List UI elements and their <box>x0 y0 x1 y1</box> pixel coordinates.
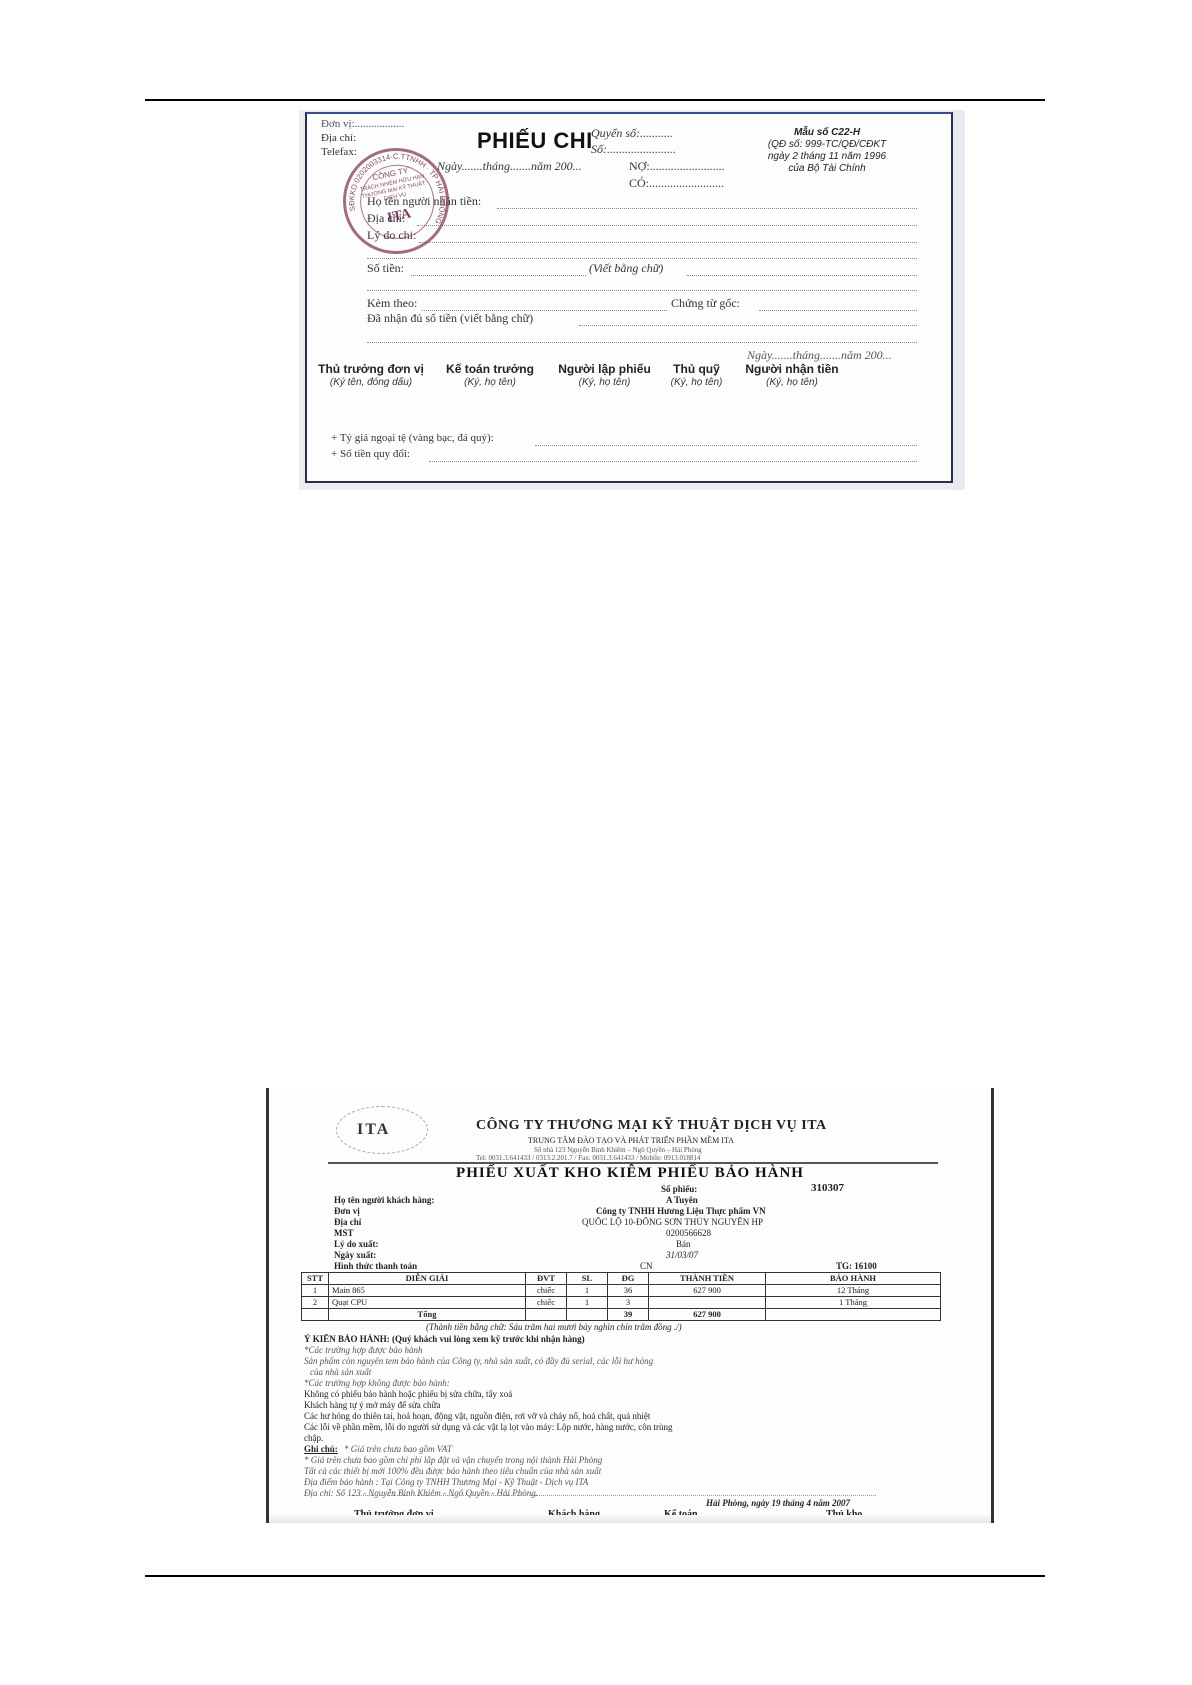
warranty-line: Sản phẩm còn nguyên tem bảo hành của Côn… <box>304 1356 653 1366</box>
received-words-line <box>579 325 917 326</box>
cell: 1 Tháng <box>766 1297 941 1309</box>
company-logo: ITA <box>336 1106 428 1154</box>
warranty-line: chập. <box>304 1433 323 1443</box>
amount-line <box>411 275 586 276</box>
cell <box>649 1297 766 1309</box>
signature-role: Thủ trưởng đơn vị <box>311 362 431 376</box>
form-code-date: ngày 2 tháng 11 năm 1996 <box>737 151 917 163</box>
header-rule <box>145 99 1045 101</box>
info-value: CN <box>640 1261 653 1271</box>
converted-amount-line <box>429 461 917 462</box>
voucher-title: PHIẾU CHI <box>477 128 593 154</box>
cell: Quạt CPU <box>329 1297 526 1309</box>
note-line: * Giá trên chưa bao gồm VAT <box>344 1444 452 1454</box>
total-qty: 39 <box>608 1309 649 1321</box>
footer-rule <box>145 1575 1045 1577</box>
signature-role: Kế toán trưởng <box>435 362 545 376</box>
cell: 1 <box>302 1285 329 1297</box>
exchange-rate-label: + Tỷ giá ngoại tệ (vàng bạc, đá quý): <box>331 432 494 444</box>
scan-edge <box>953 110 965 490</box>
exchange-rate-line <box>535 445 917 446</box>
signature-role: Thủ quỹ <box>659 362 734 376</box>
received-words-line-2 <box>367 342 917 343</box>
table-row: 2 Quạt CPU chiếc 1 3 1 Tháng <box>302 1297 941 1309</box>
cell: 1 <box>567 1297 608 1309</box>
cell <box>526 1309 567 1321</box>
company-address: Số nhà 123 Nguyễn Bỉnh Khiêm – Ngô Quyền… <box>534 1146 702 1154</box>
debit-label: NỢ:......................... <box>629 159 725 174</box>
table-row: 1 Main 865 chiếc 1 36 627 900 12 Tháng <box>302 1285 941 1297</box>
amount-label: Số tiền: <box>367 261 404 276</box>
col-header: BẢO HÀNH <box>766 1273 941 1285</box>
info-value: Công ty TNHH Hương Liệu Thực phẩm VN <box>596 1206 766 1216</box>
attached-label: Kèm theo: <box>367 296 417 311</box>
cell: Main 865 <box>329 1285 526 1297</box>
notes-label: Ghi chú: <box>304 1444 338 1454</box>
cell: 2 <box>302 1297 329 1309</box>
reason-line <box>419 242 917 243</box>
date-line: Ngày.......tháng.......năm 200... <box>437 159 582 174</box>
credit-label: CÓ:......................... <box>629 176 724 191</box>
recipient-line <box>497 208 917 209</box>
total-label: Tổng <box>329 1309 526 1321</box>
items-table: STT DIỄN GIẢI ĐVT SL ĐG THÀNH TIỀN BẢO H… <box>301 1272 941 1321</box>
note-line: Tất cả các thiết bị mới 100% đều được bả… <box>304 1466 601 1476</box>
col-header: STT <box>302 1273 329 1285</box>
voucher-paper: Đơn vị:.................. Địa chỉ: Telef… <box>305 112 953 483</box>
cell: 3 <box>608 1297 649 1309</box>
info-label: MST <box>334 1228 354 1238</box>
scan-right-border <box>991 1088 994 1523</box>
warranty-line: Các hư hỏng do thiên tai, hoả hoạn, động… <box>304 1411 650 1421</box>
amount-words-line-2 <box>367 290 917 291</box>
form-code-title: Mẫu số C22-H <box>737 127 917 139</box>
ticket-label: Số phiếu: <box>661 1184 697 1194</box>
address-line <box>417 225 917 226</box>
warranty-line: Không có phiếu bảo hành hoặc phiếu bị sử… <box>304 1389 512 1399</box>
warranty-line: *Các trường hợp được bảo hành <box>304 1345 422 1355</box>
cell: chiếc <box>526 1297 567 1309</box>
scan-left-border <box>266 1088 269 1523</box>
info-value: 0200566628 <box>666 1228 711 1238</box>
amount-words-line <box>687 275 917 276</box>
voucher-number: Số:....................... <box>591 142 676 157</box>
signature-note: (Ký tên, đóng dấu) <box>311 377 431 388</box>
signature-note: (Ký, họ tên) <box>659 377 734 388</box>
company-contact: Tel: 0031.3.641433 / 0313.2.201.7 / Fax:… <box>476 1154 700 1162</box>
cell <box>567 1309 608 1321</box>
place-date: Hải Phòng, ngày 19 tháng 4 năm 2007 <box>706 1498 850 1508</box>
ticket-number: 310307 <box>811 1182 844 1194</box>
table-total-row: Tổng 39 627 900 <box>302 1309 941 1321</box>
signature-role: Người lập phiếu <box>547 362 662 376</box>
book-number: Quyển số:........... <box>591 126 673 141</box>
signature-note: (Ký, họ tên) <box>435 377 545 388</box>
info-label: Hình thức thanh toán <box>334 1261 417 1271</box>
note-line: Địa chỉ: Số 123 - Nguyễn Bỉnh Khiêm - Ng… <box>304 1488 538 1498</box>
cell <box>766 1309 941 1321</box>
cell: 12 Tháng <box>766 1285 941 1297</box>
warranty-line: Khách hàng tự ý mở máy để sửa chữa <box>304 1400 440 1410</box>
form-code: Mẫu số C22-H (QĐ số: 999-TC/QĐ/CĐKT ngày… <box>737 127 917 175</box>
cell <box>302 1309 329 1321</box>
note-line: * Giá trên chưa bao gồm chi phí lắp đặt … <box>304 1455 602 1465</box>
amount-words-label: (Viết bằng chữ) <box>589 261 663 276</box>
form-code-issuer: của Bộ Tài Chính <box>737 163 917 175</box>
col-header: ĐG <box>608 1273 649 1285</box>
col-header: DIỄN GIẢI <box>329 1273 526 1285</box>
signature-note: (Ký, họ tên) <box>547 377 662 388</box>
warranty-line: của nhà sản xuất <box>310 1367 371 1377</box>
col-header: THÀNH TIỀN <box>649 1273 766 1285</box>
unit-label: Đơn vị:.................. <box>321 118 404 130</box>
cell: 627 900 <box>649 1285 766 1297</box>
warranty-line: Các lỗi về phần mềm, lỗi do người sử dụn… <box>304 1422 672 1432</box>
document-title: PHIẾU XUẤT KHO KIÊM PHIẾU BẢO HÀNH <box>266 1165 994 1182</box>
cell: 36 <box>608 1285 649 1297</box>
col-header: SL <box>567 1273 608 1285</box>
exchange-rate: TG: 16100 <box>836 1261 877 1271</box>
note-line: Địa điểm bảo hành : Tại Công ty TNHH Thư… <box>304 1477 588 1487</box>
info-label: Ngày xuất: <box>334 1250 376 1260</box>
warranty-heading: Ý KIẾN BẢO HÀNH: (Quý khách vui lòng xem… <box>304 1334 585 1344</box>
cell: chiếc <box>526 1285 567 1297</box>
info-label: Địa chỉ <box>334 1217 361 1227</box>
logo-text: ITA <box>357 1121 390 1139</box>
cell: 1 <box>567 1285 608 1297</box>
company-subheader: TRUNG TÂM ĐÀO TẠO VÀ PHÁT TRIỂN PHẦN MỀM… <box>528 1136 734 1145</box>
original-docs-label: Chứng từ gốc: <box>671 296 740 311</box>
warehouse-warranty-image: ITA CÔNG TY THƯƠNG MẠI KỸ THUẬT DỊCH VỤ … <box>266 1088 994 1523</box>
received-words-label: Đã nhận đủ số tiền (viết bằng chữ) <box>367 311 533 326</box>
form-code-decision: (QĐ số: 999-TC/QĐ/CĐKT <box>737 139 917 151</box>
info-label: Đơn vị <box>334 1206 360 1216</box>
info-label: Lý do xuất: <box>334 1239 379 1249</box>
header-divider <box>328 1162 938 1164</box>
payment-voucher-image: Đơn vị:.................. Địa chỉ: Telef… <box>299 110 965 490</box>
converted-amount-label: + Số tiền quy đổi: <box>331 448 410 460</box>
total-amount: 627 900 <box>649 1309 766 1321</box>
col-header: ĐVT <box>526 1273 567 1285</box>
amount-in-words: (Thành tiền bằng chữ: Sáu trăm hai mươi … <box>426 1322 682 1332</box>
company-stamp: SĐKKD 0202003314-C.TTNHH · TP HẢI PHÒNG … <box>333 138 459 264</box>
warranty-line: *Các trường hợp không được bảo hành: <box>304 1378 450 1388</box>
info-value: QUỐC LỘ 10-ĐÔNG SƠN THỦY NGUYÊN HP <box>582 1217 763 1227</box>
reason-line-2 <box>367 258 917 259</box>
signature-divider <box>356 1495 876 1496</box>
info-value: Bán <box>676 1239 691 1249</box>
signature-role: Người nhận tiền <box>737 362 847 376</box>
info-value: 31/03/07 <box>666 1250 698 1260</box>
table-header-row: STT DIỄN GIẢI ĐVT SL ĐG THÀNH TIỀN BẢO H… <box>302 1273 941 1285</box>
sign-date: Ngày.......tháng.......năm 200... <box>747 348 892 363</box>
signature-note: (Ký, họ tên) <box>737 377 847 388</box>
address-label: Địa chỉ: <box>321 132 356 144</box>
original-docs-line <box>759 310 917 311</box>
info-label: Họ tên người khách hàng: <box>334 1195 434 1205</box>
scan-bottom-edge <box>269 1515 991 1523</box>
info-value: A Tuyên <box>666 1195 698 1205</box>
company-name: CÔNG TY THƯƠNG MẠI KỸ THUẬT DỊCH VỤ ITA <box>476 1118 827 1134</box>
